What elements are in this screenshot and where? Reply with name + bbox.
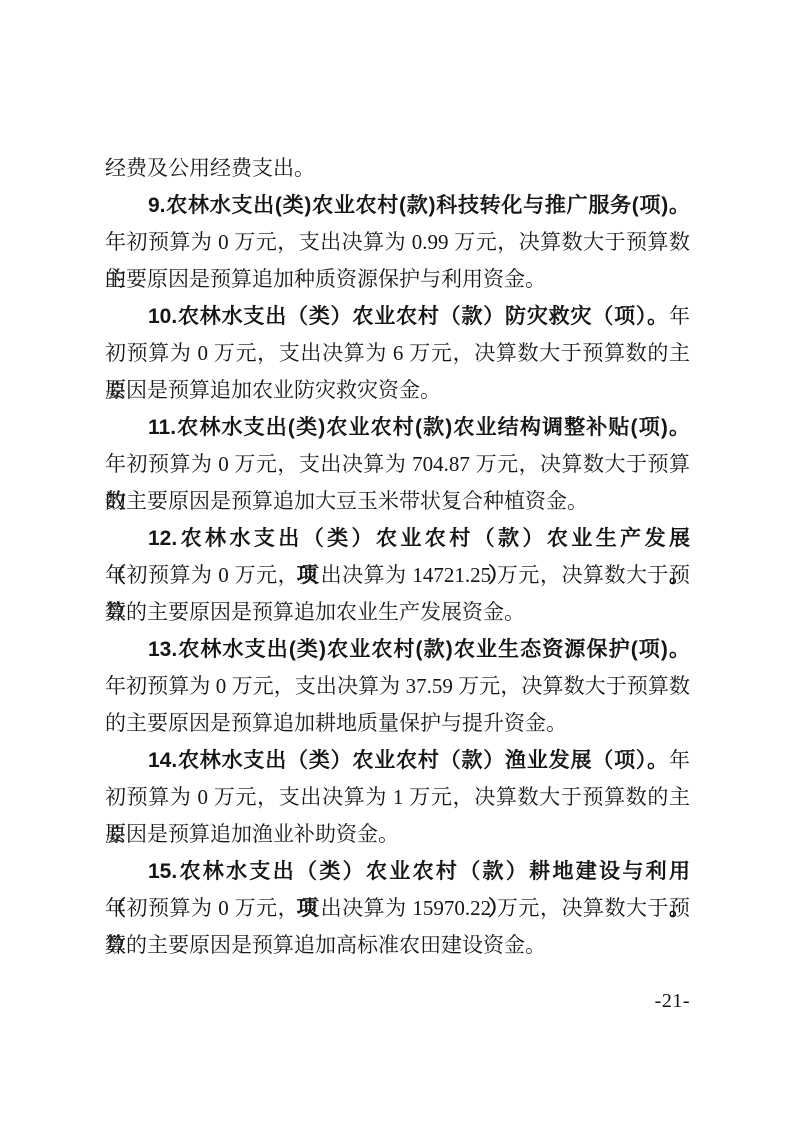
- heading-segment: 11.农林水支出(类)农业农村(款)农业结构调整补贴(项)。: [148, 416, 690, 439]
- text-line: 的主要原因是预算追加大豆玉米带状复合种植资金。: [105, 483, 690, 520]
- text-line: 10.农林水支出（类）农业农村（款）防灾救灾（项）。年: [105, 298, 690, 335]
- document-body: 经费及公用经费支出。9.农林水支出(类)农业农村(款)科技转化与推广服务(项)。…: [105, 150, 690, 964]
- heading-segment: 14.农林水支出（类）农业农村（款）渔业发展（项）。: [148, 749, 669, 772]
- paragraph-1: 9.农林水支出(类)农业农村(款)科技转化与推广服务(项)。年初预算为 0 万元…: [105, 187, 690, 298]
- text-line: 主要原因是预算追加种质资源保护与利用资金。: [105, 261, 690, 298]
- paragraph-7: 15.农林水支出（类）农业农村（款）耕地建设与利用（项）。年初预算为 0 万元，…: [105, 853, 690, 964]
- text-line: 经费及公用经费支出。: [105, 150, 690, 187]
- text-line: 14.农林水支出（类）农业农村（款）渔业发展（项）。年: [105, 742, 690, 779]
- body-segment: 数的主要原因是预算追加农业生产发展资金。: [105, 600, 525, 624]
- heading-segment: 9.农林水支出(类)农业农村(款)科技转化与推广服务(项)。: [148, 194, 690, 217]
- text-line: 年初预算为 0 万元，支出决算为 704.87 万元，决算数大于预算数: [105, 446, 690, 483]
- text-line: 的主要原因是预算追加耕地质量保护与提升资金。: [105, 705, 690, 742]
- text-line: 15.农林水支出（类）农业农村（款）耕地建设与利用（项）。: [105, 853, 690, 890]
- body-segment: 主要原因是预算追加种质资源保护与利用资金。: [105, 267, 546, 291]
- text-line: 数的主要原因是预算追加高标准农田建设资金。: [105, 927, 690, 964]
- paragraph-2: 10.农林水支出（类）农业农村（款）防灾救灾（项）。年初预算为 0 万元，支出决…: [105, 298, 690, 409]
- text-line: 原因是预算追加渔业补助资金。: [105, 816, 690, 853]
- paragraph-4: 12.农林水支出（类）农业农村（款）农业生产发展（项）。年初预算为 0 万元，支…: [105, 520, 690, 631]
- text-line: 原因是预算追加农业防灾救灾资金。: [105, 372, 690, 409]
- page-number: -21-: [105, 990, 690, 1013]
- text-line: 初预算为 0 万元，支出决算为 6 万元，决算数大于预算数的主要: [105, 335, 690, 372]
- body-segment: 年初预算为 0 万元，支出决算为 37.59 万元，决算数大于预算数: [105, 674, 690, 698]
- paragraph-5: 13.农林水支出(类)农业农村(款)农业生态资源保护(项)。年初预算为 0 万元…: [105, 631, 690, 742]
- body-segment: 年: [669, 304, 690, 328]
- text-line: 年初预算为 0 万元，支出决算为 14721.25 万元，决算数大于预算: [105, 557, 690, 594]
- document-page: 经费及公用经费支出。9.农林水支出(类)农业农村(款)科技转化与推广服务(项)。…: [0, 0, 793, 1122]
- text-line: 年初预算为 0 万元，支出决算为 15970.22 万元，决算数大于预算: [105, 890, 690, 927]
- text-line: 年初预算为 0 万元，支出决算为 37.59 万元，决算数大于预算数: [105, 668, 690, 705]
- text-line: 13.农林水支出(类)农业农村(款)农业生态资源保护(项)。: [105, 631, 690, 668]
- body-segment: 经费及公用经费支出。: [105, 156, 315, 180]
- body-segment: 原因是预算追加渔业补助资金。: [105, 822, 399, 846]
- text-line: 年初预算为 0 万元，支出决算为 0.99 万元，决算数大于预算数的: [105, 224, 690, 261]
- text-line: 11.农林水支出(类)农业农村(款)农业结构调整补贴(项)。: [105, 409, 690, 446]
- body-segment: 的主要原因是预算追加耕地质量保护与提升资金。: [105, 711, 567, 735]
- text-line: 数的主要原因是预算追加农业生产发展资金。: [105, 594, 690, 631]
- heading-segment: 13.农林水支出(类)农业农村(款)农业生态资源保护(项)。: [148, 638, 690, 661]
- text-line: 12.农林水支出（类）农业农村（款）农业生产发展（项）。: [105, 520, 690, 557]
- paragraph-3: 11.农林水支出(类)农业农村(款)农业结构调整补贴(项)。年初预算为 0 万元…: [105, 409, 690, 520]
- body-segment: 的主要原因是预算追加大豆玉米带状复合种植资金。: [105, 489, 588, 513]
- body-segment: 原因是预算追加农业防灾救灾资金。: [105, 378, 441, 402]
- body-segment: 年: [669, 748, 690, 772]
- paragraph-6: 14.农林水支出（类）农业农村（款）渔业发展（项）。年初预算为 0 万元，支出决…: [105, 742, 690, 853]
- text-line: 9.农林水支出(类)农业农村(款)科技转化与推广服务(项)。: [105, 187, 690, 224]
- paragraph-0: 经费及公用经费支出。: [105, 150, 690, 187]
- body-segment: 数的主要原因是预算追加高标准农田建设资金。: [105, 933, 546, 957]
- heading-segment: 10.农林水支出（类）农业农村（款）防灾救灾（项）。: [148, 305, 669, 328]
- text-line: 初预算为 0 万元，支出决算为 1 万元，决算数大于预算数的主要: [105, 779, 690, 816]
